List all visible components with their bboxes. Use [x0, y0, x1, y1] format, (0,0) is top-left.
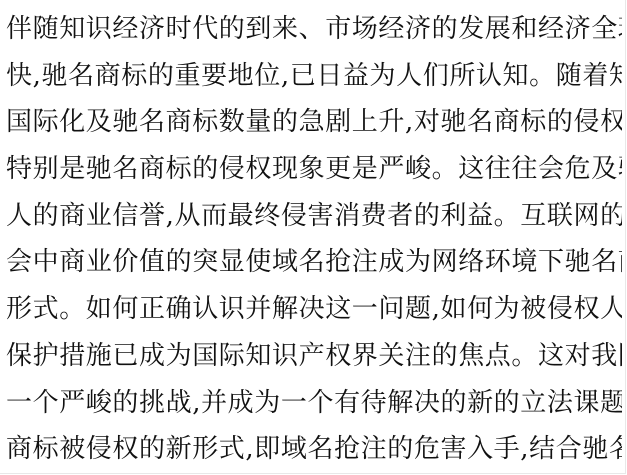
paragraph: 伴随知识经济时代的到来、市场经济的发展和经济全球化进程的加 快,驰名商标的重要地… — [6, 6, 622, 473]
text-line-4: 特别是驰名商标的侵权现象更是严峻。这往往会危及驰名商标所有权 — [6, 146, 622, 193]
document-page: 伴随知识经济时代的到来、市场经济的发展和经济全球化进程的加 快,驰名商标的重要地… — [0, 0, 626, 474]
text-line-8: 保护措施已成为国际知识产权界关注的焦点。这对我国立法来说也是 — [6, 333, 622, 380]
text-line-10: 商标被侵权的新形式,即域名抢注的危害入手,结合驰名商标的国际 — [6, 426, 622, 473]
text-line-9: 一个严峻的挑战,并成为一个有待解决的新的立法课题。本文从驰名 — [6, 380, 622, 427]
text-line-6: 会中商业价值的突显使域名抢注成为网络环境下驰名商标侵权的新 — [6, 239, 622, 286]
text-line-3: 国际化及驰名商标数量的急剧上升,对驰名商标的侵权也普遍起来, — [6, 99, 622, 146]
text-line-2: 快,驰名商标的重要地位,已日益为人们所认知。随着知识产权保护的 — [6, 53, 622, 100]
text-line-7: 形式。如何正确认识并解决这一问题,如何为被侵权人提供更完善的 — [6, 286, 622, 333]
text-line-1: 伴随知识经济时代的到来、市场经济的发展和经济全球化进程的加 — [6, 6, 622, 53]
text-line-5: 人的商业信誉,从而最终侵害消费者的利益。互联网的普及及其在社 — [6, 193, 622, 240]
